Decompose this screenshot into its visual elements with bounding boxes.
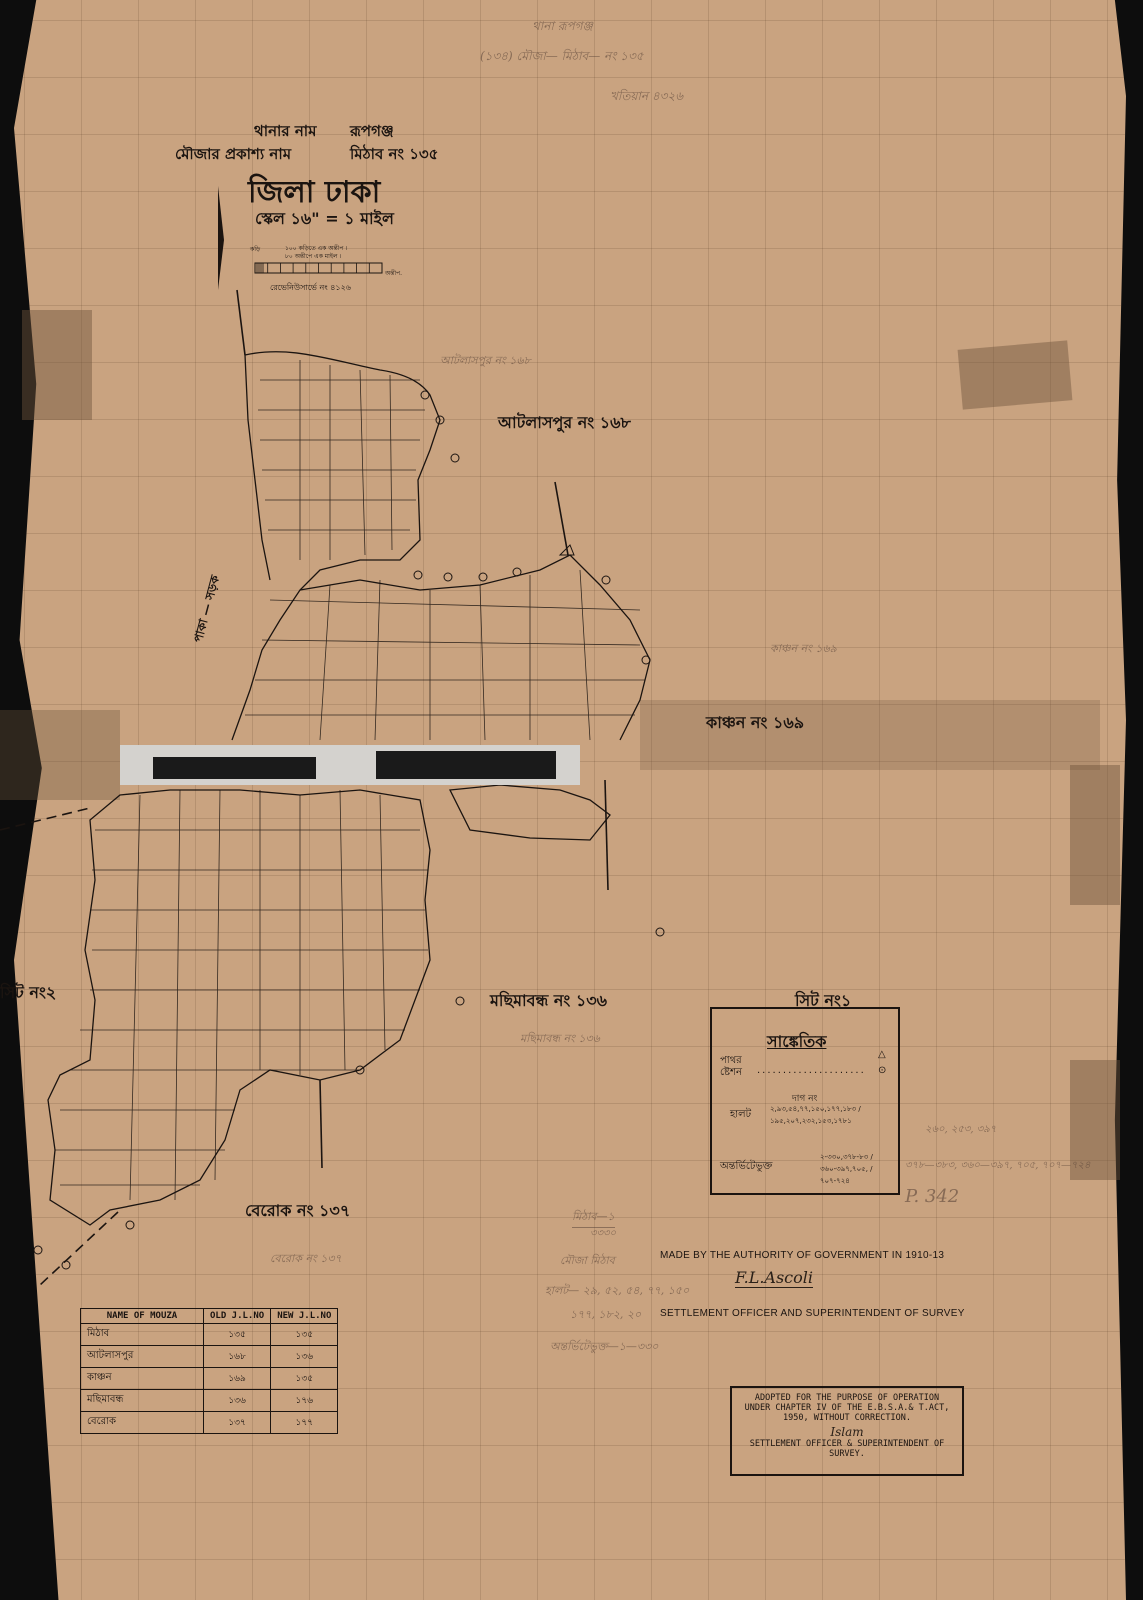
legend-halot-values: ২,৯৩,৫৪,৭৭,১৫০,১৭৭,১৮৩ / ১৯৫,২০৭,২৩২,১৫৩… — [770, 1103, 895, 1127]
signature-ascoli: F.L.Ascoli — [735, 1268, 813, 1288]
stamp-line: SETTLEMENT OFFICER & SUPERINTENDENT OF — [732, 1439, 962, 1449]
adjacent-mouza-north: আটলাসপুর নং ১৬৮ — [498, 410, 631, 437]
column-header: OLD J.L.NO — [204, 1309, 271, 1324]
old-jl-no: ১৩৫ — [204, 1324, 271, 1346]
legend-item-homestead: অন্তর্ভিটেভুক্ত — [720, 1159, 773, 1176]
pencil-note: ৩৭৮—৩৮৩, ৩৬০—৩৯৭, ৭০৫, ৭০৭—৭২৪ — [905, 1158, 1091, 1175]
triangle-icon: △ — [878, 1049, 886, 1060]
legend-item-halot: হালট — [730, 1107, 751, 1124]
pencil-note: হালট— ২৯, ৫২, ৫৪, ৭৭, ১৫০ — [545, 1282, 689, 1301]
pencil-note: কাঞ্চন নং ১৬৯ — [770, 640, 837, 659]
table-row: মিঠাব ১৩৫ ১৩৫ — [81, 1324, 338, 1346]
pencil-note: মিঠাব—১ — [572, 1208, 615, 1228]
tape-black-segment — [376, 751, 556, 779]
new-jl-no: ১৭৬ — [271, 1390, 338, 1412]
legend-dots: ..................... — [757, 1065, 866, 1076]
new-jl-no: ১৭৭ — [271, 1412, 338, 1434]
table-row: মছিমাবন্ধ ১৩৬ ১৭৬ — [81, 1390, 338, 1412]
pencil-note: ১৭৭, ১৮২, ২০ — [570, 1306, 641, 1325]
pencil-note: ২৬০, ২৫৩, ৩৯৭ — [925, 1122, 996, 1139]
new-jl-no: ১৩৫ — [271, 1324, 338, 1346]
legend-item-station: ষ্টেশন — [720, 1065, 742, 1082]
pencil-note: মছিমাবন্ধ নং ১৩৬ — [520, 1030, 600, 1049]
mouza-name: বেরোক — [81, 1412, 204, 1434]
table-header-row: NAME OF MOUZA OLD J.L.NO NEW J.L.NO — [81, 1309, 338, 1324]
pencil-note: ৩৩৩০ — [590, 1226, 616, 1243]
pencil-note: আটলাসপুর নং ১৬৮ — [440, 352, 531, 371]
adjacent-mouza-east: কাঞ্চন নং ১৬৯ — [706, 710, 804, 737]
column-header: NAME OF MOUZA — [81, 1309, 204, 1324]
new-jl-no: ১৩৫ — [271, 1368, 338, 1390]
old-jl-no: ১৬৮ — [204, 1346, 271, 1368]
table-row: বেরোক ১৩৭ ১৭৭ — [81, 1412, 338, 1434]
pencil-note: থানা রূপগঞ্জ — [532, 18, 593, 38]
adjacent-mouza-south: বেরোক নং ১৩৭ — [245, 1198, 350, 1225]
pencil-note: (১৩৪) মৌজা— মিঠাব— নং ১৩৫ — [480, 48, 644, 68]
new-jl-no: ১৩৬ — [271, 1346, 338, 1368]
stamp-line: 1950, WITHOUT CORRECTION. — [732, 1413, 962, 1423]
circle-dot-icon: ⊙ — [878, 1065, 886, 1076]
mouza-name: মিঠাব — [81, 1324, 204, 1346]
legend-box: সাঙ্কেতিক পাথর △ ষ্টেশন ................… — [710, 1007, 900, 1195]
mouza-name: মছিমাবন্ধ — [81, 1390, 204, 1412]
pencil-note: অন্তর্ভিটেভুক্ত—১—৩৩০ — [550, 1338, 658, 1357]
old-jl-no: ১৬৯ — [204, 1368, 271, 1390]
pencil-note: মৌজা মিঠাব — [560, 1252, 615, 1271]
old-jl-no: ১৩৬ — [204, 1390, 271, 1412]
mouza-table: NAME OF MOUZA OLD J.L.NO NEW J.L.NO মিঠা… — [80, 1308, 338, 1434]
adjacent-mouza-southeast: মছিমাবন্ধ নং ১৩৬ — [490, 988, 607, 1015]
old-jl-no: ১৩৭ — [204, 1412, 271, 1434]
table-row: আটলাসপুর ১৬৮ ১৩৬ — [81, 1346, 338, 1368]
stamp-line: SURVEY. — [732, 1449, 962, 1459]
settlement-officer-title: SETTLEMENT OFFICER AND SUPERINTENDENT OF… — [660, 1308, 965, 1319]
signature-islam: Islam — [732, 1425, 962, 1439]
sheet-number-west: সিট নং২ — [0, 980, 56, 1007]
mouza-name: আটলাসপুর — [81, 1346, 204, 1368]
pencil-note: P. 342 — [905, 1186, 959, 1207]
table-row: কাঞ্চন ১৬৯ ১৩৫ — [81, 1368, 338, 1390]
column-header: NEW J.L.NO — [271, 1309, 338, 1324]
authority-notice: MADE BY THE AUTHORITY OF GOVERNMENT IN 1… — [660, 1250, 944, 1261]
legend-homestead-values: ২-৩৩০,৩৭৮-৮৩ / ৩৬০-৩৯৭,৭০৫, / ৭০৭-৭২৪ — [820, 1151, 895, 1187]
adoption-stamp: ADOPTED FOR THE PURPOSE OF OPERATION UND… — [730, 1386, 964, 1476]
stamp-line: UNDER CHAPTER IV OF THE E.B.S.A.& T.ACT, — [732, 1403, 962, 1413]
pencil-note: খতিয়ান ৪৩২৬ — [610, 88, 683, 108]
tape-black-segment — [153, 757, 316, 779]
legend-title: সাঙ্কেতিক — [767, 1029, 826, 1056]
stamp-line: ADOPTED FOR THE PURPOSE OF OPERATION — [732, 1393, 962, 1403]
mouza-name: কাঞ্চন — [81, 1368, 204, 1390]
pencil-note: বেরোক নং ১৩৭ — [270, 1250, 342, 1269]
